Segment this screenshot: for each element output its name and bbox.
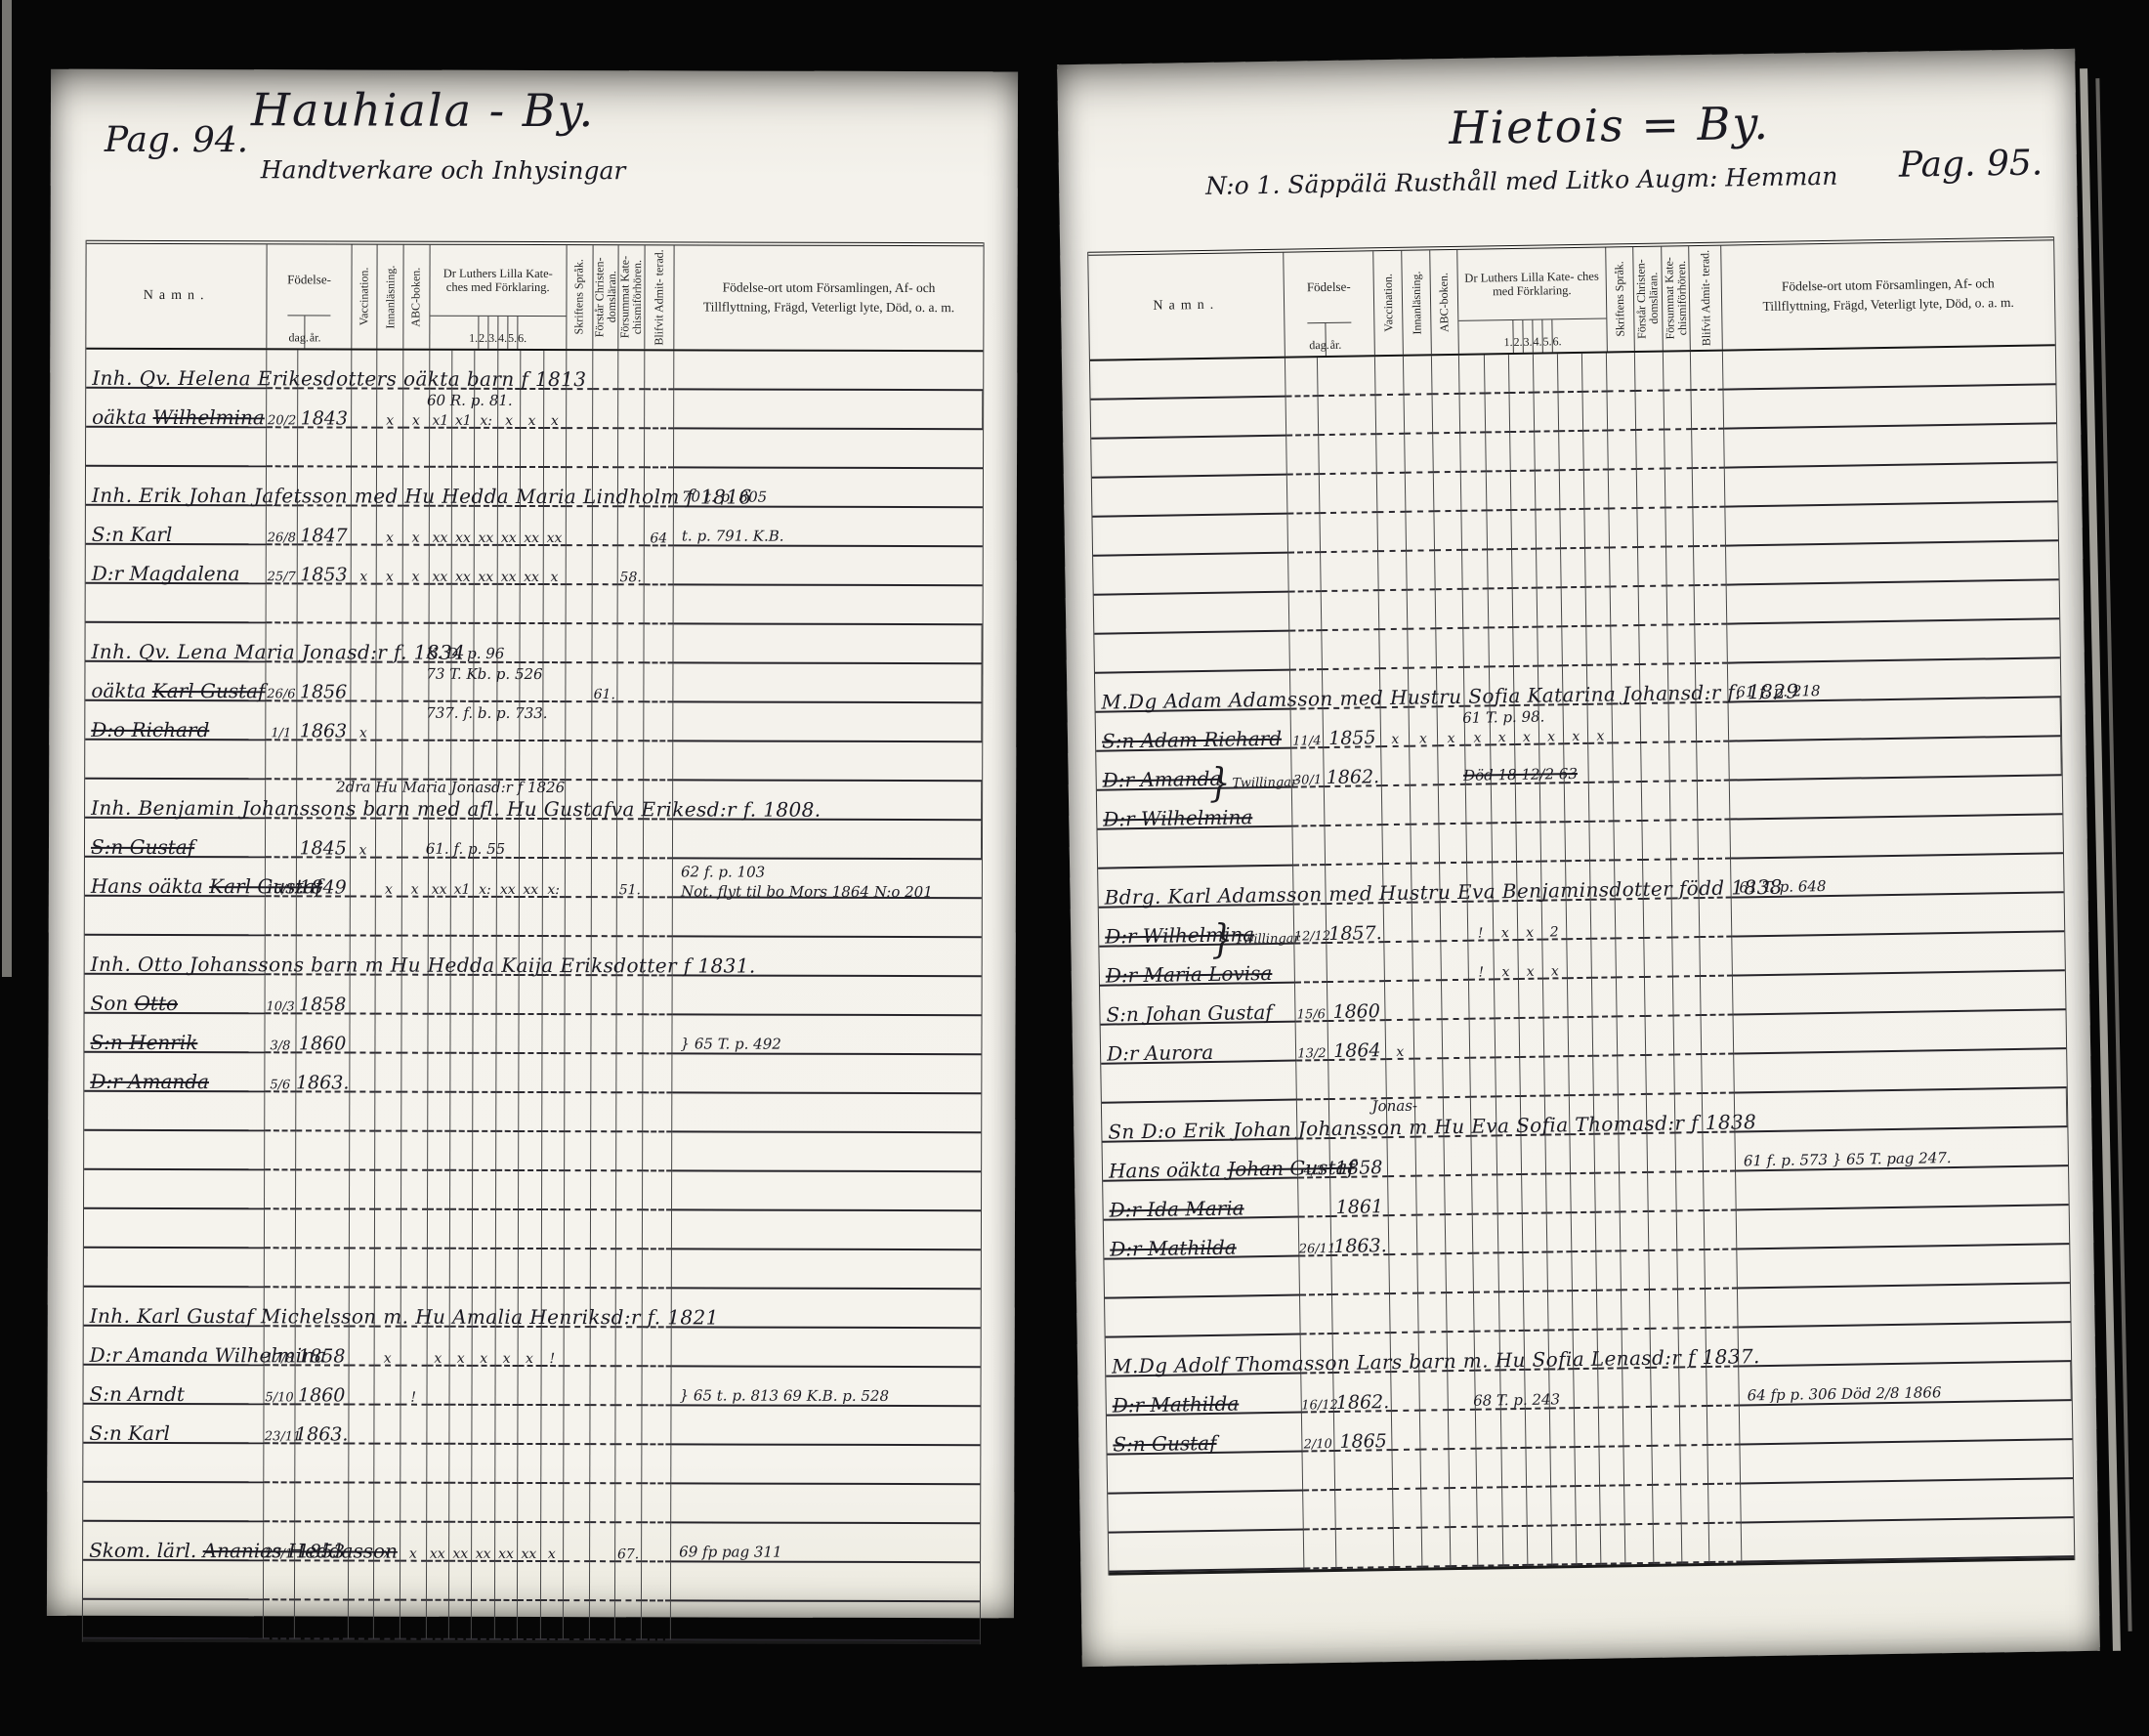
table-cell — [1610, 509, 1638, 548]
table-cell: 2/10 — [1301, 1413, 1334, 1453]
table-cell — [616, 1210, 643, 1249]
table-cell — [1287, 514, 1321, 554]
table-cell: xx — [429, 546, 452, 585]
entry-mark: x — [1564, 729, 1587, 744]
table-cell — [1734, 1049, 2067, 1093]
table-cell — [674, 585, 983, 625]
table-cell — [1593, 1017, 1619, 1056]
entry-mark: xx — [497, 882, 519, 898]
table-cell — [1442, 1020, 1470, 1059]
table-cell — [400, 1601, 427, 1640]
table-cell — [428, 898, 451, 937]
table-cell — [1703, 1055, 1735, 1095]
entry-birth-day: 26/11 — [1299, 1242, 1331, 1257]
table-cell — [1615, 822, 1643, 861]
table-cell — [1447, 1293, 1475, 1333]
table-cell — [1501, 1449, 1527, 1488]
table-cell — [266, 897, 296, 936]
table-cell — [1389, 1177, 1417, 1216]
table-cell: x — [544, 390, 568, 429]
entry-mark: x — [375, 1351, 400, 1367]
table-cell — [520, 1015, 543, 1054]
table-cell — [349, 1562, 375, 1601]
table-cell — [450, 1132, 474, 1171]
table-cell — [616, 1171, 643, 1210]
table-cell — [617, 976, 644, 1015]
table-cell — [473, 1367, 496, 1406]
table-cell — [1668, 703, 1697, 742]
table-cell — [401, 1328, 428, 1367]
table-cell — [616, 1249, 643, 1289]
twins-brace: }Twillingar — [1209, 763, 1298, 803]
table-cell — [449, 1445, 473, 1484]
entry-birth-day: 15/12 — [266, 882, 295, 897]
table-cell — [1540, 823, 1566, 862]
table-cell — [375, 1445, 401, 1484]
table-cell — [1707, 1406, 1740, 1446]
table-cell — [497, 741, 521, 781]
table-cell — [349, 1445, 375, 1484]
table-cell — [85, 741, 267, 780]
table-cell — [1636, 392, 1664, 431]
table-cell — [565, 1171, 591, 1210]
entry-mark: x — [377, 530, 402, 546]
table-cell — [85, 897, 267, 936]
table-cell — [618, 390, 645, 429]
table-cell — [672, 1249, 981, 1290]
table-cell — [1653, 1485, 1681, 1524]
table-cell — [1574, 1370, 1599, 1409]
table-cell — [519, 1210, 542, 1249]
table-cell: Son Otto — [85, 975, 267, 1014]
table-cell — [1097, 827, 1292, 869]
table-cell — [297, 741, 351, 780]
entry-birth-day: 16/12 — [1301, 1398, 1333, 1414]
table-cell: x — [351, 820, 377, 859]
entry-birth-year: 1858 — [296, 994, 349, 1015]
table-cell — [428, 1171, 451, 1210]
table-cell — [672, 1171, 981, 1211]
table-cell — [1700, 899, 1732, 939]
table-cell — [1435, 590, 1463, 629]
table-cell — [1388, 1138, 1416, 1177]
table-cell — [402, 820, 429, 859]
table-cell — [1666, 547, 1695, 586]
table-cell — [1559, 393, 1584, 432]
table-row — [85, 897, 982, 938]
table-cell — [1494, 980, 1519, 1019]
table-cell — [1473, 1214, 1498, 1253]
table-cell: 70 t. p. 805 — [674, 468, 983, 508]
entry-mark: xx — [520, 882, 541, 898]
table-cell — [541, 1249, 565, 1289]
table-cell — [674, 429, 983, 469]
table-cell — [452, 429, 476, 468]
entry-mark: x — [1381, 732, 1409, 747]
table-cell — [1390, 1294, 1418, 1334]
table-cell — [1619, 1056, 1647, 1095]
table-cell — [1450, 1489, 1478, 1528]
table-row — [84, 1131, 981, 1172]
table-cell: 1849 — [296, 858, 350, 897]
table-cell: x — [1381, 708, 1410, 747]
table-cell: xx — [521, 507, 544, 546]
entry-mark: x — [1410, 731, 1437, 746]
table-cell — [1551, 1487, 1577, 1526]
table-cell: xx — [475, 546, 498, 585]
table-cell — [1676, 1172, 1705, 1211]
table-cell: 61 f. p. 573 } 65 T. pag 247. — [1735, 1127, 2068, 1171]
table-cell — [495, 1601, 519, 1640]
table-cell — [1585, 548, 1611, 587]
table-cell — [1644, 939, 1672, 978]
column-header-forstar-christendomslaran: Förstår Christen- domsläran. — [593, 245, 619, 349]
table-cell — [644, 702, 673, 741]
table-cell — [617, 702, 644, 741]
table-cell — [672, 1093, 981, 1133]
table-cell — [265, 1444, 295, 1483]
table-cell — [519, 1367, 542, 1406]
table-cell — [543, 663, 567, 702]
entry-birth-day: 13/2 — [1296, 1046, 1328, 1062]
table-cell — [429, 585, 452, 624]
entry-birth-year: 1863. — [295, 1423, 348, 1445]
entry-mark: 64 — [645, 530, 673, 546]
table-cell: S:n Gustaf — [85, 819, 267, 858]
table-cell — [496, 1249, 520, 1289]
table-cell — [1665, 469, 1694, 508]
table-cell — [593, 390, 619, 429]
table-row — [83, 1561, 980, 1602]
table-cell — [1547, 1252, 1573, 1291]
table-cell — [1582, 353, 1608, 392]
table-cell: 67. — [615, 1523, 642, 1562]
table-cell — [351, 663, 377, 702]
table-cell — [1701, 938, 1733, 978]
entry-name: S:n Arndt — [89, 1382, 184, 1406]
table-cell — [1673, 977, 1702, 1016]
table-cell — [1413, 981, 1442, 1020]
table-cell — [1108, 1492, 1303, 1534]
table-cell — [1108, 1453, 1303, 1495]
entry-name: D:r Aurora — [1107, 1040, 1213, 1066]
table-cell — [376, 1093, 402, 1132]
table-cell — [618, 663, 645, 702]
table-cell — [1470, 1019, 1496, 1058]
table-cell — [1336, 1529, 1395, 1569]
table-cell — [1105, 1296, 1300, 1338]
table-cell — [1449, 1450, 1477, 1489]
table-cell — [1730, 815, 2063, 859]
table-cell — [1571, 1135, 1596, 1174]
table-cell — [519, 1406, 542, 1445]
table-cell: x — [351, 546, 377, 585]
table-cell — [1538, 627, 1563, 666]
table-cell — [474, 1054, 497, 1093]
table-cell — [1691, 352, 1723, 392]
entry-birth-year: 1858 — [295, 1345, 348, 1367]
entry-birth-year: 1862. — [1325, 766, 1382, 788]
table-row: Hans oäkta Karl Gustaf15/121849xxxxx1x:x… — [85, 858, 982, 899]
table-cell — [593, 429, 619, 468]
entry-mark: x — [473, 1351, 494, 1367]
table-cell — [1321, 552, 1379, 592]
table-cell: 1865 — [1334, 1412, 1393, 1452]
table-cell — [1390, 1255, 1418, 1294]
table-cell — [518, 1601, 541, 1640]
table-cell — [1702, 1016, 1734, 1056]
table-cell — [1601, 1525, 1626, 1564]
table-cell — [1450, 1528, 1478, 1567]
table-cell — [351, 585, 377, 624]
table-cell — [1459, 355, 1485, 394]
table-cell — [1411, 785, 1439, 825]
table-cell — [1510, 433, 1536, 472]
table-cell — [1740, 1440, 2073, 1484]
entry-mark: x — [1515, 730, 1538, 745]
table-cell — [1618, 1017, 1646, 1056]
entry-note: 61. f. p. 55 — [426, 840, 505, 858]
table-cell — [541, 1562, 565, 1601]
table-cell — [643, 1249, 672, 1289]
table-cell — [1486, 433, 1511, 472]
entry-mark: 58. — [618, 570, 644, 585]
table-cell — [1469, 980, 1495, 1019]
table-cell — [1738, 1284, 2071, 1328]
table-cell — [1670, 821, 1699, 860]
entry-mark: x — [1465, 730, 1489, 745]
entry-birth-day: 10/3 — [266, 999, 295, 1014]
table-cell — [566, 859, 592, 898]
table-cell — [543, 741, 567, 781]
table-cell — [1538, 588, 1563, 627]
entry-mark: x1 — [430, 413, 451, 429]
table-cell — [1405, 395, 1433, 434]
table-cell: 1/1 — [267, 701, 297, 741]
table-cell — [642, 1406, 671, 1445]
table-cell — [618, 624, 645, 663]
table-cell — [543, 820, 567, 859]
table-cell — [520, 976, 543, 1015]
entry-remark: 70 t. p. 805 — [682, 487, 767, 505]
column-header-fodelse: Födelse-dag.år. — [268, 244, 353, 348]
entry-mark: x1 — [451, 882, 473, 898]
table-cell — [1421, 1489, 1450, 1528]
table-cell — [541, 1445, 565, 1484]
table-cell — [542, 1093, 566, 1132]
table-cell — [264, 1561, 294, 1600]
table-cell — [374, 1562, 400, 1601]
table-cell — [427, 1445, 450, 1484]
table-cell — [642, 1445, 671, 1484]
table-cell — [1378, 552, 1407, 591]
table-cell — [1511, 511, 1537, 550]
entry-birth-year: 1860 — [1327, 1000, 1385, 1023]
table-cell — [1509, 355, 1535, 394]
table-cell: x — [519, 1328, 542, 1367]
table-cell: x — [377, 546, 403, 585]
entry-name: S:n Karl — [92, 523, 173, 546]
table-cell — [1467, 824, 1493, 863]
table-cell: x — [427, 1328, 450, 1367]
table-cell: x — [450, 1328, 474, 1367]
table-cell: xx — [452, 546, 476, 585]
table-cell — [1416, 1176, 1445, 1215]
table-cell — [1289, 631, 1323, 671]
table-cell — [1643, 822, 1671, 861]
table-cell — [589, 1601, 615, 1640]
table-cell — [350, 898, 376, 937]
column-header-kateches-number: 5. — [1542, 319, 1553, 352]
scan-left-paper-edge — [2, 0, 12, 977]
column-header-forstar-christendomslaran: Förstår Christen- domsläran. — [1633, 247, 1663, 351]
table-cell: x — [403, 390, 430, 429]
entry-mark: xx — [429, 530, 450, 546]
table-cell — [377, 429, 403, 468]
table-cell: 3/8 — [266, 1014, 296, 1053]
table-cell — [450, 1249, 474, 1289]
table-cell — [1583, 392, 1609, 431]
table-cell — [429, 741, 452, 781]
table-cell: x — [1493, 902, 1518, 941]
table-cell — [591, 898, 617, 937]
table-cell — [1472, 1136, 1497, 1175]
table-cell — [1733, 971, 2066, 1015]
entry-mark: x — [495, 1351, 517, 1367]
table-cell — [1572, 1213, 1597, 1252]
entry-name: D:r Mathilda — [1110, 1236, 1237, 1261]
column-header-kateches-number: 4. — [1533, 320, 1543, 353]
table-cell — [473, 1406, 496, 1445]
table-cell — [1535, 432, 1560, 471]
table-cell — [1385, 982, 1413, 1021]
table-cell — [376, 976, 402, 1015]
table-cell — [1569, 1018, 1594, 1057]
table-cell — [266, 1092, 296, 1131]
table-cell — [1676, 1211, 1705, 1250]
entry-mark: xx — [498, 530, 520, 546]
table-cell — [541, 1406, 565, 1445]
table-cell — [1439, 825, 1467, 864]
table-cell — [1412, 942, 1441, 981]
table-cell — [1550, 1448, 1576, 1487]
right-page-table: Namn.Födelse-dag.år.Vaccination.Innanläs… — [1087, 236, 2075, 1575]
table-cell — [350, 1132, 376, 1171]
table-cell — [376, 1054, 402, 1093]
entry-birth-year: 1863. — [296, 1072, 349, 1093]
entry-birth-day: 23/1 — [264, 1546, 293, 1561]
table-cell — [375, 1210, 401, 1249]
right-page-number: Pag. 95. — [1899, 143, 2044, 185]
table-cell — [1625, 1525, 1654, 1564]
table-cell — [1432, 395, 1460, 434]
table-cell — [1667, 625, 1696, 664]
entry-mark: x — [1494, 964, 1517, 980]
table-cell — [643, 1210, 672, 1249]
entry-birth-year: 1845 — [297, 837, 350, 859]
table-cell — [1665, 508, 1694, 547]
table-cell — [672, 1210, 981, 1250]
table-cell — [1639, 587, 1667, 626]
table-cell — [349, 1601, 375, 1640]
table-cell — [450, 1210, 474, 1249]
table-cell — [401, 1249, 428, 1289]
table-cell: D:o Richard — [85, 701, 267, 741]
table-cell: 1863. — [296, 1053, 350, 1092]
table-cell — [1613, 704, 1641, 743]
entry-birth-year: 1863 — [297, 720, 350, 741]
table-cell: 1860 — [1327, 982, 1386, 1022]
table-row: Inh. Erik Johan Jafetsson med Hu Hedda M… — [86, 467, 983, 508]
table-cell — [590, 1484, 616, 1523]
table-cell — [1298, 1178, 1331, 1218]
table-cell — [673, 702, 982, 742]
table-cell — [83, 1444, 265, 1483]
table-cell — [1288, 553, 1322, 593]
table-cell — [295, 1444, 349, 1483]
table-cell: 26/8 — [267, 506, 297, 545]
entry-mark: xx — [495, 1546, 517, 1562]
table-cell — [295, 1483, 349, 1522]
table-header: Namn.Födelse-dag.år.Vaccination.Innanläs… — [86, 240, 983, 352]
table-cell — [616, 1093, 643, 1132]
entry-household-head: Inh. Qv. Helena Erikesdotters oäkta barn… — [92, 366, 586, 391]
table-cell — [644, 546, 673, 585]
table-cell — [1092, 476, 1287, 518]
entry-remark: 69 fp pag 311 — [679, 1543, 781, 1560]
table-cell — [1418, 1293, 1447, 1333]
table-cell: D:r Ida Maria — [1103, 1179, 1298, 1221]
table-cell — [1693, 430, 1725, 470]
entry-birth-day: 5/6 — [266, 1078, 295, 1092]
table-cell — [1325, 786, 1383, 826]
table-cell — [1547, 1213, 1573, 1252]
entry-household-head: Inh. Erik Johan Jafetsson med Hu Hedda M… — [92, 484, 752, 509]
table-cell — [590, 1367, 616, 1406]
entry-mark: xx — [452, 570, 474, 585]
table-cell: Hans oäkta Johan Gustaf — [1103, 1140, 1298, 1182]
table-cell — [1416, 1137, 1445, 1176]
table-cell — [1669, 742, 1698, 782]
table-cell — [1537, 549, 1562, 588]
table-cell — [1414, 1020, 1443, 1059]
table-cell: 1860 — [296, 1014, 350, 1053]
table-cell — [1558, 354, 1583, 393]
table-cell — [1723, 346, 2056, 390]
table-cell — [296, 1092, 350, 1131]
table-cell — [1699, 821, 1731, 861]
table-cell — [498, 429, 522, 468]
table-cell — [520, 898, 543, 937]
table-cell — [401, 1171, 428, 1210]
table-cell — [592, 820, 618, 859]
table-cell — [1642, 783, 1670, 822]
entry-name: D:r Amanda — [1103, 767, 1222, 792]
table-cell — [403, 585, 430, 624]
table-cell — [592, 624, 618, 663]
table-cell — [401, 1132, 428, 1171]
entry-mark: x — [351, 726, 376, 741]
right-page-subtitle: N:o 1. Säppälä Rusthåll med Litko Augm: … — [1205, 162, 1838, 200]
table-row — [83, 1444, 980, 1485]
table-cell: 20/2 — [268, 389, 298, 428]
table-cell: x — [403, 546, 430, 585]
table-cell: D:r Amanda}Twillingar — [1096, 749, 1291, 791]
table-cell — [591, 1054, 617, 1093]
entry-name: oäkta Wilhelmina — [92, 405, 265, 429]
entry-mark: ! — [1469, 964, 1493, 980]
table-cell — [1595, 1134, 1621, 1173]
